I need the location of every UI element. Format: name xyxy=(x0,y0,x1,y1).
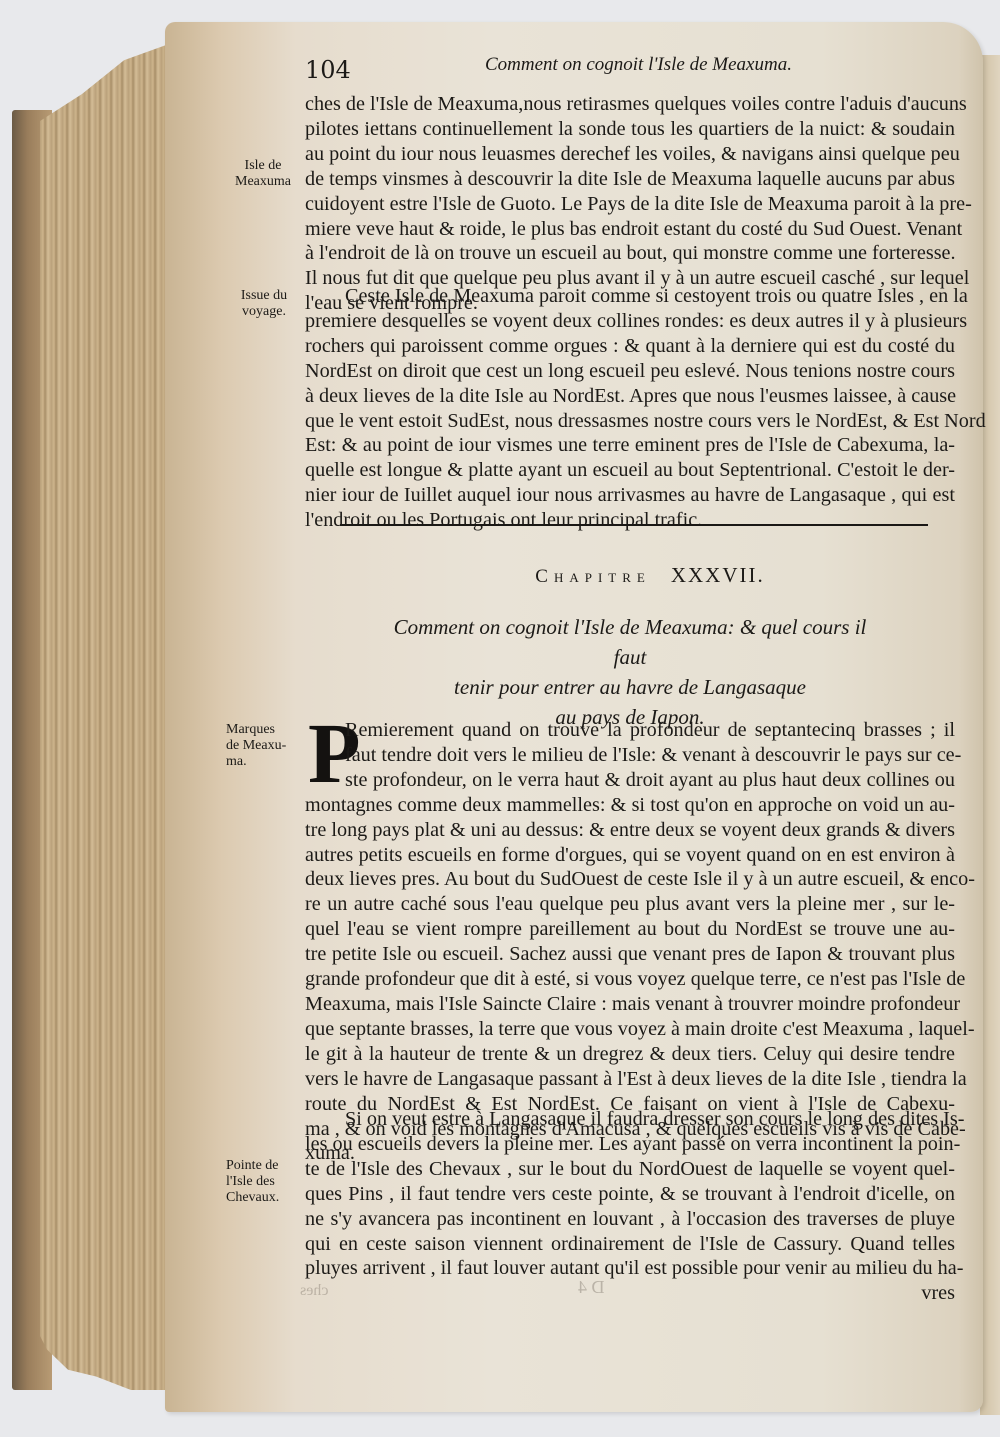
text-line: cuidoyent estre l'Isle de Guoto. Le Pays… xyxy=(305,192,955,217)
chapter-heading: Chapitre XXXVII. xyxy=(480,563,820,588)
margin-note-marques-de-meaxuma: Marques de Meaxu- ma. xyxy=(226,722,298,770)
page-stack-edge xyxy=(40,40,180,1390)
margin-note-isle-de-meaxuma: Isle de Meaxuma xyxy=(232,158,294,190)
text-line: tre long pays plat & uni au dessus: & en… xyxy=(305,818,955,843)
show-through-signature: D 4 xyxy=(578,1277,605,1298)
text-line: rochers qui paroissent comme orgues : & … xyxy=(305,334,955,359)
paragraph-2: Ceste Isle de Meaxuma paroit comme si ce… xyxy=(305,284,955,533)
text-line: NordEst on diroit que cest un long escue… xyxy=(305,359,955,384)
running-head: 104 Comment on cognoit l'Isle de Meaxuma… xyxy=(305,52,955,82)
text-line: Remierement quand on trouve la profondeu… xyxy=(305,718,955,743)
margin-note-line: Marques xyxy=(226,722,298,738)
text-line: les ou escueils devers la pleine mer. Le… xyxy=(305,1132,955,1157)
text-line: de temps vinsmes à descouvrir la dite Is… xyxy=(305,167,955,192)
text-line: quelle est longue & platte ayant un escu… xyxy=(305,458,955,483)
margin-note-pointe-isle-des-chevaux: Pointe de l'Isle des Chevaux. xyxy=(226,1158,298,1206)
margin-note-line: voyage. xyxy=(234,304,294,320)
text-line: premiere desquelles se voyent deux colli… xyxy=(305,309,955,334)
text-line: re un autre caché sous l'eau quelque peu… xyxy=(305,892,955,917)
margin-note-line: ma. xyxy=(226,754,298,770)
page-number: 104 xyxy=(305,56,351,84)
text-line: Est: & au point de iour vismes une terre… xyxy=(305,433,955,458)
text-line: à deux lieves de la dite Isle au NordEst… xyxy=(305,384,955,409)
text-line: Ceste Isle de Meaxuma paroit comme si ce… xyxy=(305,284,955,309)
text-line: miere veve haut & roide, le plus bas end… xyxy=(305,217,955,242)
text-line: grande profondeur que dit à esté, si vou… xyxy=(305,967,955,992)
text-line: ques Pins , il faut tendre vers ceste po… xyxy=(305,1182,955,1207)
chapter-title-line: tenir pour entrer au havre de Langasaque xyxy=(380,672,880,702)
text-line: faut tendre doit vers le milieu de l'Isl… xyxy=(305,743,955,768)
paragraph-1: ches de l'Isle de Meaxuma,nous retirasme… xyxy=(305,92,955,316)
chapter-title-line: Comment on cognoit l'Isle de Meaxuma: & … xyxy=(380,612,880,672)
text-line: quel l'eau se vient rompre pareillement … xyxy=(305,917,955,942)
text-line: pilotes iettans continuellement la sonde… xyxy=(305,117,955,142)
text-line: l'endroit ou les Portugais ont leur prin… xyxy=(305,508,955,533)
text-line: pluyes arrivent , il faut louver autant … xyxy=(305,1256,955,1281)
margin-note-line: Issue du xyxy=(234,288,294,304)
margin-note-line: Pointe de xyxy=(226,1158,298,1174)
section-divider xyxy=(340,524,928,526)
text-line: à l'endroit de là on trouve un escueil a… xyxy=(305,241,955,266)
chapter-title: Comment on cognoit l'Isle de Meaxuma: & … xyxy=(380,612,880,732)
facing-page-edge xyxy=(980,55,1000,1415)
margin-note-line: l'Isle des xyxy=(226,1174,298,1190)
text-line: tre petite Isle ou escueil. Sachez aussi… xyxy=(305,942,955,967)
running-title: Comment on cognoit l'Isle de Meaxuma. xyxy=(485,54,792,76)
text-line: ste profondeur, on le verra haut & droit… xyxy=(305,768,955,793)
text-line: te de l'Isle des Chevaux , sur le bout d… xyxy=(305,1157,955,1182)
text-line: le git à la hauteur de trente & un dregr… xyxy=(305,1042,955,1067)
chapter-number: XXXVII. xyxy=(671,563,765,587)
text-line: ne s'y avancera pas incontinent en louva… xyxy=(305,1207,955,1232)
text-line: montagnes comme deux mammelles: & si tos… xyxy=(305,793,955,818)
margin-note-line: Meaxuma xyxy=(232,174,294,190)
text-line: qui en ceste saison viennent ordinaireme… xyxy=(305,1232,955,1257)
text-line: au point du iour nous leuasmes derechef … xyxy=(305,142,955,167)
text-line: que septante brasses, la terre que vous … xyxy=(305,1017,955,1042)
text-line: autres petits escueils en forme d'orgues… xyxy=(305,843,955,868)
text-line: vers le havre de Langasaque passant à l'… xyxy=(305,1067,955,1092)
text-line: Si on veut estre à Langasaque il faudra … xyxy=(305,1107,955,1132)
text-line: Meaxuma, mais l'Isle Saincte Claire : ma… xyxy=(305,992,955,1017)
text-line: que le vent estoit SudEst, nous dressasm… xyxy=(305,409,955,434)
margin-note-line: Chevaux. xyxy=(226,1190,298,1206)
margin-note-line: de Meaxu- xyxy=(226,738,298,754)
margin-note-line: Isle de xyxy=(232,158,294,174)
catchword: vres xyxy=(305,1281,955,1306)
margin-note-issue-du-voyage: Issue du voyage. xyxy=(234,288,294,320)
show-through-catchword: ches xyxy=(300,1282,328,1300)
paragraph-3: Remierement quand on trouve la profondeu… xyxy=(305,718,955,1166)
paragraph-4: Si on veut estre à Langasaque il faudra … xyxy=(305,1107,955,1306)
text-line: deux lieves pres. Au bout du SudOuest de… xyxy=(305,867,955,892)
text-line: nier iour de Iuillet auquel iour nous ar… xyxy=(305,483,955,508)
text-line: ches de l'Isle de Meaxuma,nous retirasme… xyxy=(305,92,955,117)
chapter-label: Chapitre xyxy=(535,566,651,587)
